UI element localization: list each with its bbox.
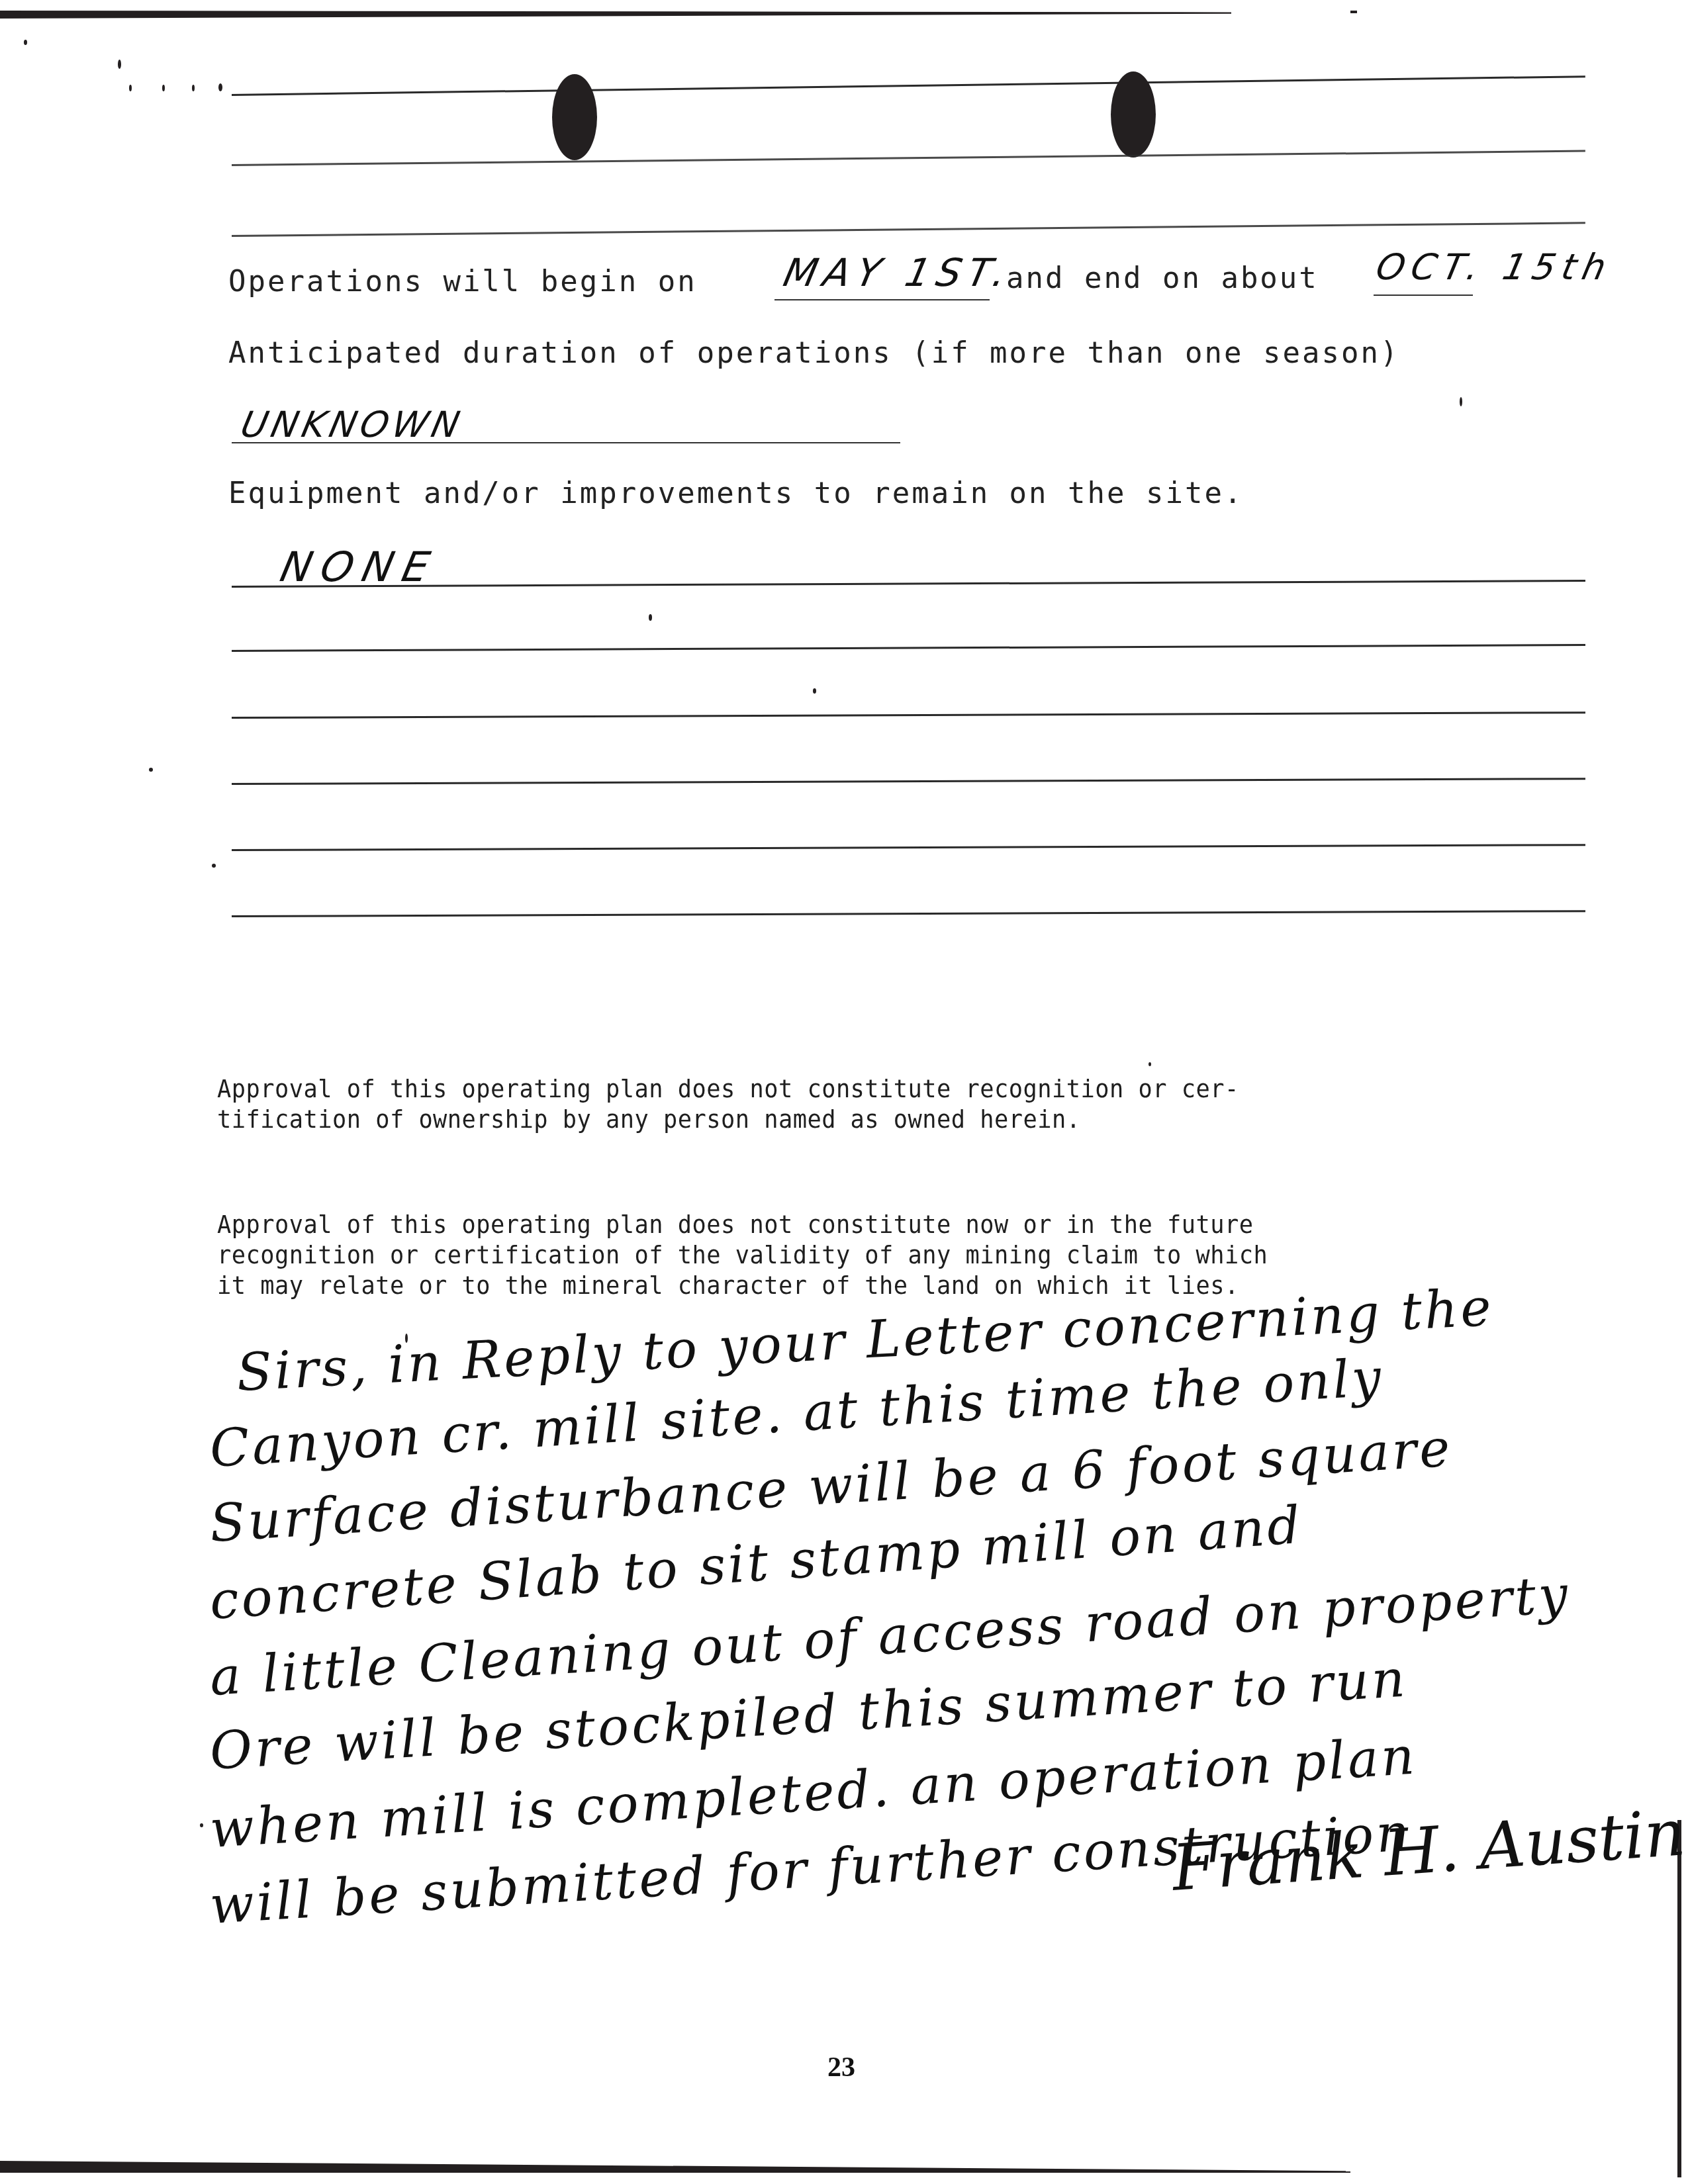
form-rule <box>232 644 1585 652</box>
duration-prompt: Anticipated duration of operations (if m… <box>228 336 1399 370</box>
operations-end-value: OCT. 15th <box>1372 246 1617 288</box>
scan-speck <box>200 1823 203 1827</box>
scan-speck <box>649 614 652 621</box>
scan-speck <box>149 768 153 772</box>
form-rule <box>232 778 1585 785</box>
scan-speck <box>192 85 195 91</box>
duration-underline <box>232 442 900 443</box>
end-date-underline <box>1374 295 1473 296</box>
duration-value: UNKNOWN <box>237 404 467 445</box>
scan-speck <box>24 40 27 45</box>
form-rule <box>232 910 1585 917</box>
form-rule <box>232 222 1585 237</box>
document-page: Operations will begin on MAY 1ST. and en… <box>0 0 1688 2184</box>
signature: Frank H. Austin <box>1170 1796 1687 1905</box>
scan-speck <box>1149 1062 1151 1066</box>
scan-edge-right <box>1677 1820 1681 2177</box>
page-number: 23 <box>827 2052 855 2083</box>
form-rule <box>232 844 1585 851</box>
equipment-prompt: Equipment and/or improvements to remain … <box>228 477 1244 510</box>
scan-speck <box>212 864 216 868</box>
ownership-disclaimer: Approval of this operating plan does not… <box>217 1073 1239 1134</box>
scan-speck <box>813 688 816 694</box>
scan-speck <box>1460 397 1462 406</box>
form-rule <box>232 75 1585 96</box>
scan-speck <box>162 85 165 91</box>
scan-speck <box>218 83 222 91</box>
scan-speck <box>118 60 121 69</box>
form-rule <box>232 150 1585 166</box>
scan-mark <box>1350 11 1357 13</box>
operations-begin-value: MAY 1ST. <box>780 250 1017 295</box>
scan-edge-top <box>0 11 1231 19</box>
mining-claim-disclaimer: Approval of this operating plan does not… <box>217 1209 1268 1300</box>
scan-edge-bottom <box>0 2161 1350 2173</box>
punch-hole <box>552 74 597 160</box>
equipment-value: NONE <box>276 543 443 591</box>
begin-date-underline <box>774 299 990 300</box>
operations-end-label: and end on about <box>1006 261 1319 295</box>
punch-hole <box>1111 71 1156 158</box>
operations-begin-label: Operations will begin on <box>228 265 697 298</box>
form-rule <box>232 711 1585 719</box>
scan-speck <box>129 85 132 91</box>
